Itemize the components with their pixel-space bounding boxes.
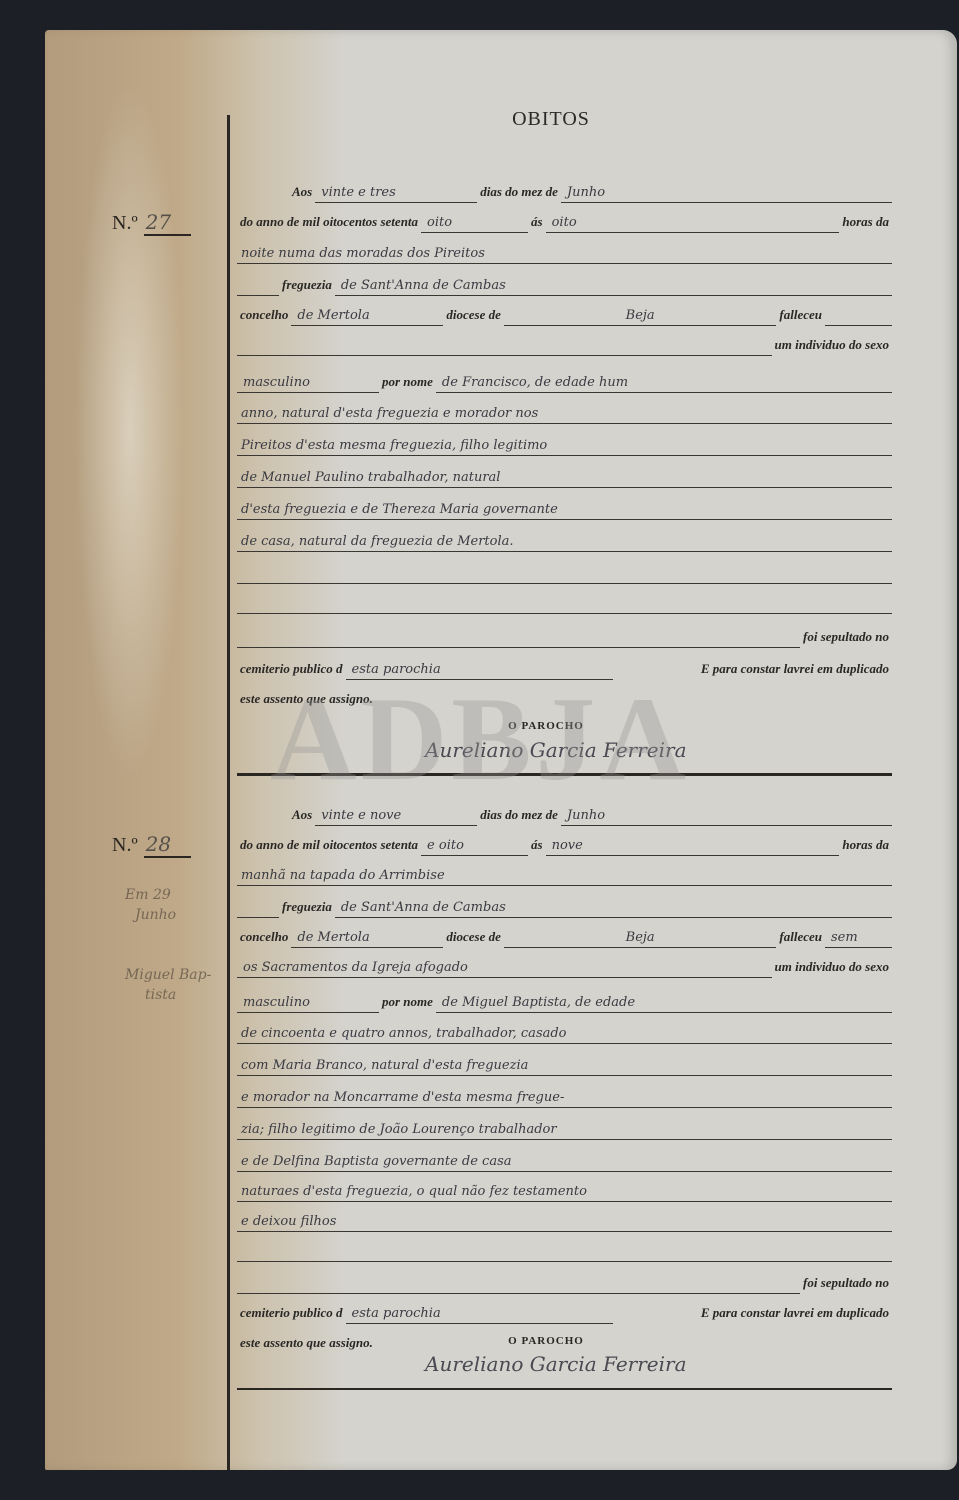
label-constar: E para constar lavrei em duplicado bbox=[698, 661, 892, 680]
label-diocese: diocese de bbox=[443, 929, 504, 948]
margin-note: Em 29 Junho Miguel Bap- tista bbox=[125, 885, 211, 1005]
field-local: manhã na tapada do Arrimbise bbox=[237, 860, 892, 886]
ledger-page: OBITOS N.º27 Aos vinte e tres dias do me… bbox=[45, 30, 957, 1470]
narrative-line: Pireitos d'esta mesma freguezia, filho l… bbox=[237, 430, 892, 456]
label-aos: Aos bbox=[237, 184, 315, 203]
entry-number: N.º27 bbox=[112, 210, 191, 235]
row-year: do anno de mil oitocentos setenta oito á… bbox=[237, 205, 892, 233]
row-date: Aos vinte e nove dias do mez de Junho bbox=[237, 798, 892, 826]
row-cemiterio: cemiterio publico d esta parochia E para… bbox=[237, 1296, 892, 1324]
field-falleceu bbox=[825, 299, 892, 326]
narrative-line bbox=[237, 558, 892, 584]
label-sepultado: foi sepultado no bbox=[800, 1275, 892, 1294]
label-individuo: um individuo do sexo bbox=[772, 337, 893, 356]
narrative-line bbox=[237, 1236, 892, 1262]
narrative-line: de cincoenta e quatro annos, trabalhador… bbox=[237, 1018, 892, 1044]
label-falleceu: falleceu bbox=[776, 929, 825, 948]
field-mez: Junho bbox=[561, 176, 892, 203]
field-sexo: masculino bbox=[237, 986, 379, 1013]
narrative-line: de casa, natural da freguezia de Mertola… bbox=[237, 526, 892, 552]
field-local: noite numa das moradas dos Pireitos bbox=[237, 238, 892, 264]
priest-signature: Aureliano Garcia Ferreira bbox=[425, 1352, 687, 1376]
field-nome: de Miguel Baptista, de edade bbox=[436, 986, 892, 1013]
paper-damage bbox=[75, 80, 185, 780]
field-anno: e oito bbox=[421, 829, 528, 856]
row-concelho: concelho de Mertola diocese de Beja fall… bbox=[237, 298, 892, 326]
field-blank bbox=[237, 621, 800, 648]
label-as: ás bbox=[528, 214, 546, 233]
entry-end-rule bbox=[237, 1388, 892, 1390]
row-sepultado: foi sepultado no bbox=[237, 1266, 892, 1294]
margin-note-line: tista bbox=[145, 985, 211, 1005]
number-value: 27 bbox=[144, 210, 191, 236]
label-freguezia: freguezia bbox=[279, 899, 335, 918]
label-assento: este assento que assigno. bbox=[237, 691, 376, 710]
parocho-heading: O PAROCHO bbox=[45, 720, 957, 732]
narrative-line: zia; filho legitimo de João Lourenço tra… bbox=[237, 1114, 892, 1140]
field-falleceu: sem bbox=[825, 921, 892, 948]
field-causa: os Sacramentos da Igreja afogado bbox=[237, 951, 772, 978]
field-cemiterio: esta parochia bbox=[346, 1297, 613, 1324]
field-cemiterio: esta parochia bbox=[346, 653, 613, 680]
field-hora: nove bbox=[546, 829, 840, 856]
field-dia: vinte e tres bbox=[315, 176, 477, 203]
label-aos: Aos bbox=[237, 807, 315, 826]
narrative-line bbox=[237, 588, 892, 614]
row-year: do anno de mil oitocentos setenta e oito… bbox=[237, 828, 892, 856]
field-sexo: masculino bbox=[237, 366, 379, 393]
label-cemiterio: cemiterio publico d bbox=[237, 661, 346, 680]
row-individuo: um individuo do sexo bbox=[237, 328, 892, 356]
entry-end-rule bbox=[237, 773, 892, 776]
margin-note-line: Em 29 bbox=[125, 885, 211, 905]
row-date: Aos vinte e tres dias do mez de Junho bbox=[237, 175, 892, 203]
field-diocese: Beja bbox=[504, 921, 777, 948]
label-diocese: diocese de bbox=[443, 307, 504, 326]
label-horas: horas da bbox=[839, 837, 892, 856]
label-sepultado: foi sepultado no bbox=[800, 629, 892, 648]
narrative-line: d'esta freguezia e de Thereza Maria gove… bbox=[237, 494, 892, 520]
label-horas: horas da bbox=[839, 214, 892, 233]
label-as: ás bbox=[528, 837, 546, 856]
priest-signature: Aureliano Garcia Ferreira bbox=[425, 738, 687, 762]
narrative-line: e deixou filhos bbox=[237, 1206, 892, 1232]
narrative-line: com Maria Branco, natural d'esta freguez… bbox=[237, 1050, 892, 1076]
label-dias: dias do mez de bbox=[477, 807, 561, 826]
field-blank bbox=[237, 891, 279, 918]
field-diocese: Beja bbox=[504, 299, 777, 326]
label-concelho: concelho bbox=[237, 307, 291, 326]
margin-note-line: Miguel Bap- bbox=[125, 965, 211, 985]
label-anno: do anno de mil oitocentos setenta bbox=[237, 837, 421, 856]
row-nome: masculino por nome de Miguel Baptista, d… bbox=[237, 985, 892, 1013]
row-cemiterio: cemiterio publico d esta parochia E para… bbox=[237, 652, 892, 680]
field-concelho: de Mertola bbox=[291, 921, 443, 948]
narrative-line: de Manuel Paulino trabalhador, natural bbox=[237, 462, 892, 488]
number-value: 28 bbox=[144, 832, 191, 858]
row-concelho: concelho de Mertola diocese de Beja fall… bbox=[237, 920, 892, 948]
label-anno: do anno de mil oitocentos setenta bbox=[237, 214, 421, 233]
row-sepultado: foi sepultado no bbox=[237, 620, 892, 648]
row-individuo: os Sacramentos da Igreja afogado um indi… bbox=[237, 950, 892, 978]
field-hora: oito bbox=[546, 206, 840, 233]
narrative-line: naturaes d'esta freguezia, o qual não fe… bbox=[237, 1176, 892, 1202]
field-dia: vinte e nove bbox=[315, 799, 477, 826]
field-concelho: de Mertola bbox=[291, 299, 443, 326]
margin-note-line: Junho bbox=[135, 905, 211, 925]
field-freguezia: de Sant'Anna de Cambas bbox=[335, 269, 892, 296]
label-constar: E para constar lavrei em duplicado bbox=[698, 1305, 892, 1324]
number-label: N.º bbox=[112, 212, 138, 234]
label-por-nome: por nome bbox=[379, 374, 436, 393]
narrative-line: e de Delfina Baptista governante de casa bbox=[237, 1146, 892, 1172]
label-individuo: um individuo do sexo bbox=[772, 959, 893, 978]
number-label: N.º bbox=[112, 834, 138, 856]
row-nome: masculino por nome de Francisco, de edad… bbox=[237, 365, 892, 393]
field-causa bbox=[237, 329, 772, 356]
label-por-nome: por nome bbox=[379, 994, 436, 1013]
narrative-line: anno, natural d'esta freguezia e morador… bbox=[237, 398, 892, 424]
entry-number: N.º28 bbox=[112, 832, 191, 857]
field-mez: Junho bbox=[561, 799, 892, 826]
label-freguezia: freguezia bbox=[279, 277, 335, 296]
row-freguezia: freguezia de Sant'Anna de Cambas bbox=[237, 268, 892, 296]
row-assento: este assento que assigno. bbox=[237, 682, 892, 710]
field-freguezia: de Sant'Anna de Cambas bbox=[335, 891, 892, 918]
margin-rule bbox=[227, 115, 230, 1470]
field-nome: de Francisco, de edade hum bbox=[436, 366, 892, 393]
parocho-heading: O PAROCHO bbox=[45, 1335, 957, 1347]
label-falleceu: falleceu bbox=[776, 307, 825, 326]
field-blank bbox=[237, 1267, 800, 1294]
narrative-line: e morador na Moncarrame d'esta mesma fre… bbox=[237, 1082, 892, 1108]
page-title: OBITOS bbox=[45, 108, 957, 131]
label-concelho: concelho bbox=[237, 929, 291, 948]
field-blank bbox=[237, 269, 279, 296]
label-dias: dias do mez de bbox=[477, 184, 561, 203]
label-cemiterio: cemiterio publico d bbox=[237, 1305, 346, 1324]
field-anno: oito bbox=[421, 206, 528, 233]
row-freguezia: freguezia de Sant'Anna de Cambas bbox=[237, 890, 892, 918]
